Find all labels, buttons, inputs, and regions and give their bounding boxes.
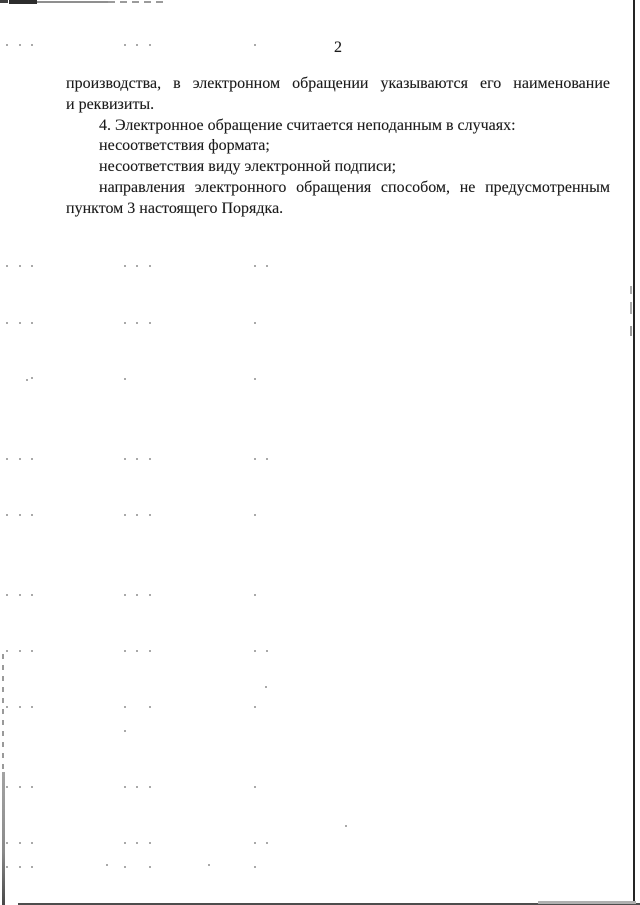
scan-speck [124, 706, 126, 708]
text-line: 4. Электронное обращение считается непод… [66, 116, 610, 137]
scan-speck [149, 786, 151, 788]
scan-speck [31, 514, 33, 516]
scan-speck [124, 378, 126, 380]
scan-speck [254, 322, 256, 324]
text-line: несоответствия виду электронной подписи; [66, 157, 610, 178]
scan-speck [266, 458, 268, 460]
scan-speck [124, 514, 126, 516]
scan-speck [124, 866, 126, 868]
scan-speck [149, 265, 151, 267]
scan-speck [136, 265, 138, 267]
scan-speck [124, 650, 126, 652]
scan-speck [19, 458, 21, 460]
scan-speck [266, 650, 268, 652]
text-line: несоответствия формата; [66, 136, 610, 157]
scan-speck [31, 322, 33, 324]
scan-speck [31, 44, 33, 46]
scan-speck [254, 706, 256, 708]
scan-artifact-top-edge [108, 1, 166, 3]
scan-artifact-left-edge [2, 772, 5, 905]
scan-speck [254, 378, 256, 380]
scan-speck [19, 650, 21, 652]
text-line: пунктом 3 настоящего Порядка. [66, 199, 610, 220]
text-line: направления электронного обращения спосо… [66, 178, 610, 199]
scan-speck [254, 458, 256, 460]
scan-artifact-right-edge [633, 0, 635, 905]
scan-artifact-right-tick [630, 302, 632, 314]
scan-speck [6, 594, 8, 596]
scan-speck [136, 514, 138, 516]
scan-speck [254, 594, 256, 596]
scan-speck [254, 786, 256, 788]
text-line: и реквизиты. [66, 95, 610, 116]
scan-artifact-right-tick [630, 286, 632, 294]
scan-speck [19, 866, 21, 868]
scan-speck [254, 44, 256, 46]
scan-speck [136, 786, 138, 788]
scan-speck [31, 842, 33, 844]
scan-speck [31, 650, 33, 652]
scan-speck [6, 44, 8, 46]
scan-speck [266, 265, 268, 267]
scan-speck [19, 44, 21, 46]
scan-speck [19, 706, 21, 708]
scan-artifact-top-edge [0, 0, 8, 3]
scan-speck [19, 594, 21, 596]
scan-speck [254, 866, 256, 868]
scan-speck [6, 650, 8, 652]
scan-speck [31, 265, 33, 267]
scan-speck [136, 650, 138, 652]
scan-speck [124, 786, 126, 788]
scan-speck [254, 842, 256, 844]
scan-speck [31, 866, 33, 868]
scan-speck [149, 594, 151, 596]
scan-speck [208, 864, 210, 866]
scan-speck [106, 864, 108, 866]
scan-speck [136, 594, 138, 596]
scan-speck [149, 842, 151, 844]
scan-speck [124, 594, 126, 596]
scan-speck [149, 44, 151, 46]
scan-speck [124, 730, 126, 732]
page-number: 2 [66, 40, 610, 56]
scan-speck [19, 265, 21, 267]
scan-speck [6, 866, 8, 868]
scan-speck [149, 650, 151, 652]
scan-speck [149, 322, 151, 324]
scan-speck [254, 650, 256, 652]
scan-speck [149, 706, 151, 708]
scan-speck [124, 322, 126, 324]
scan-artifact-top-edge [37, 1, 108, 3]
scan-speck [136, 458, 138, 460]
text-line: производства, в электронном обращении ук… [66, 74, 610, 95]
scan-speck [6, 706, 8, 708]
scan-speck [345, 825, 347, 827]
scan-speck [136, 842, 138, 844]
scan-artifact-left-edge [2, 654, 4, 772]
scan-speck [136, 44, 138, 46]
scan-speck [6, 458, 8, 460]
scan-speck [6, 842, 8, 844]
scan-speck [19, 842, 21, 844]
scan-speck [254, 265, 256, 267]
scan-speck [254, 514, 256, 516]
document-body: производства, в электронном обращении ук… [66, 74, 610, 220]
scan-speck [19, 322, 21, 324]
scan-artifact-bottom-edge [538, 901, 636, 904]
scan-speck [31, 458, 33, 460]
scan-speck [6, 265, 8, 267]
scan-speck [136, 322, 138, 324]
scan-speck [149, 514, 151, 516]
scan-artifact-top-edge [9, 0, 37, 4]
scan-speck [149, 458, 151, 460]
scan-speck [31, 786, 33, 788]
scan-speck [31, 706, 33, 708]
scan-speck [19, 786, 21, 788]
scan-speck [6, 514, 8, 516]
scan-speck [19, 514, 21, 516]
scan-speck [149, 866, 151, 868]
scan-speck [265, 686, 267, 688]
scan-speck [124, 265, 126, 267]
scan-speck [6, 786, 8, 788]
scan-speck [124, 44, 126, 46]
scanned-document-page: 2 производства, в электронном обращении … [0, 0, 640, 905]
scan-speck [26, 379, 28, 381]
scan-artifact-right-tick [630, 326, 632, 336]
scan-speck [31, 594, 33, 596]
scan-speck [6, 322, 8, 324]
scan-speck [266, 842, 268, 844]
scan-speck [124, 842, 126, 844]
scan-speck [31, 377, 33, 379]
scan-speck [124, 458, 126, 460]
